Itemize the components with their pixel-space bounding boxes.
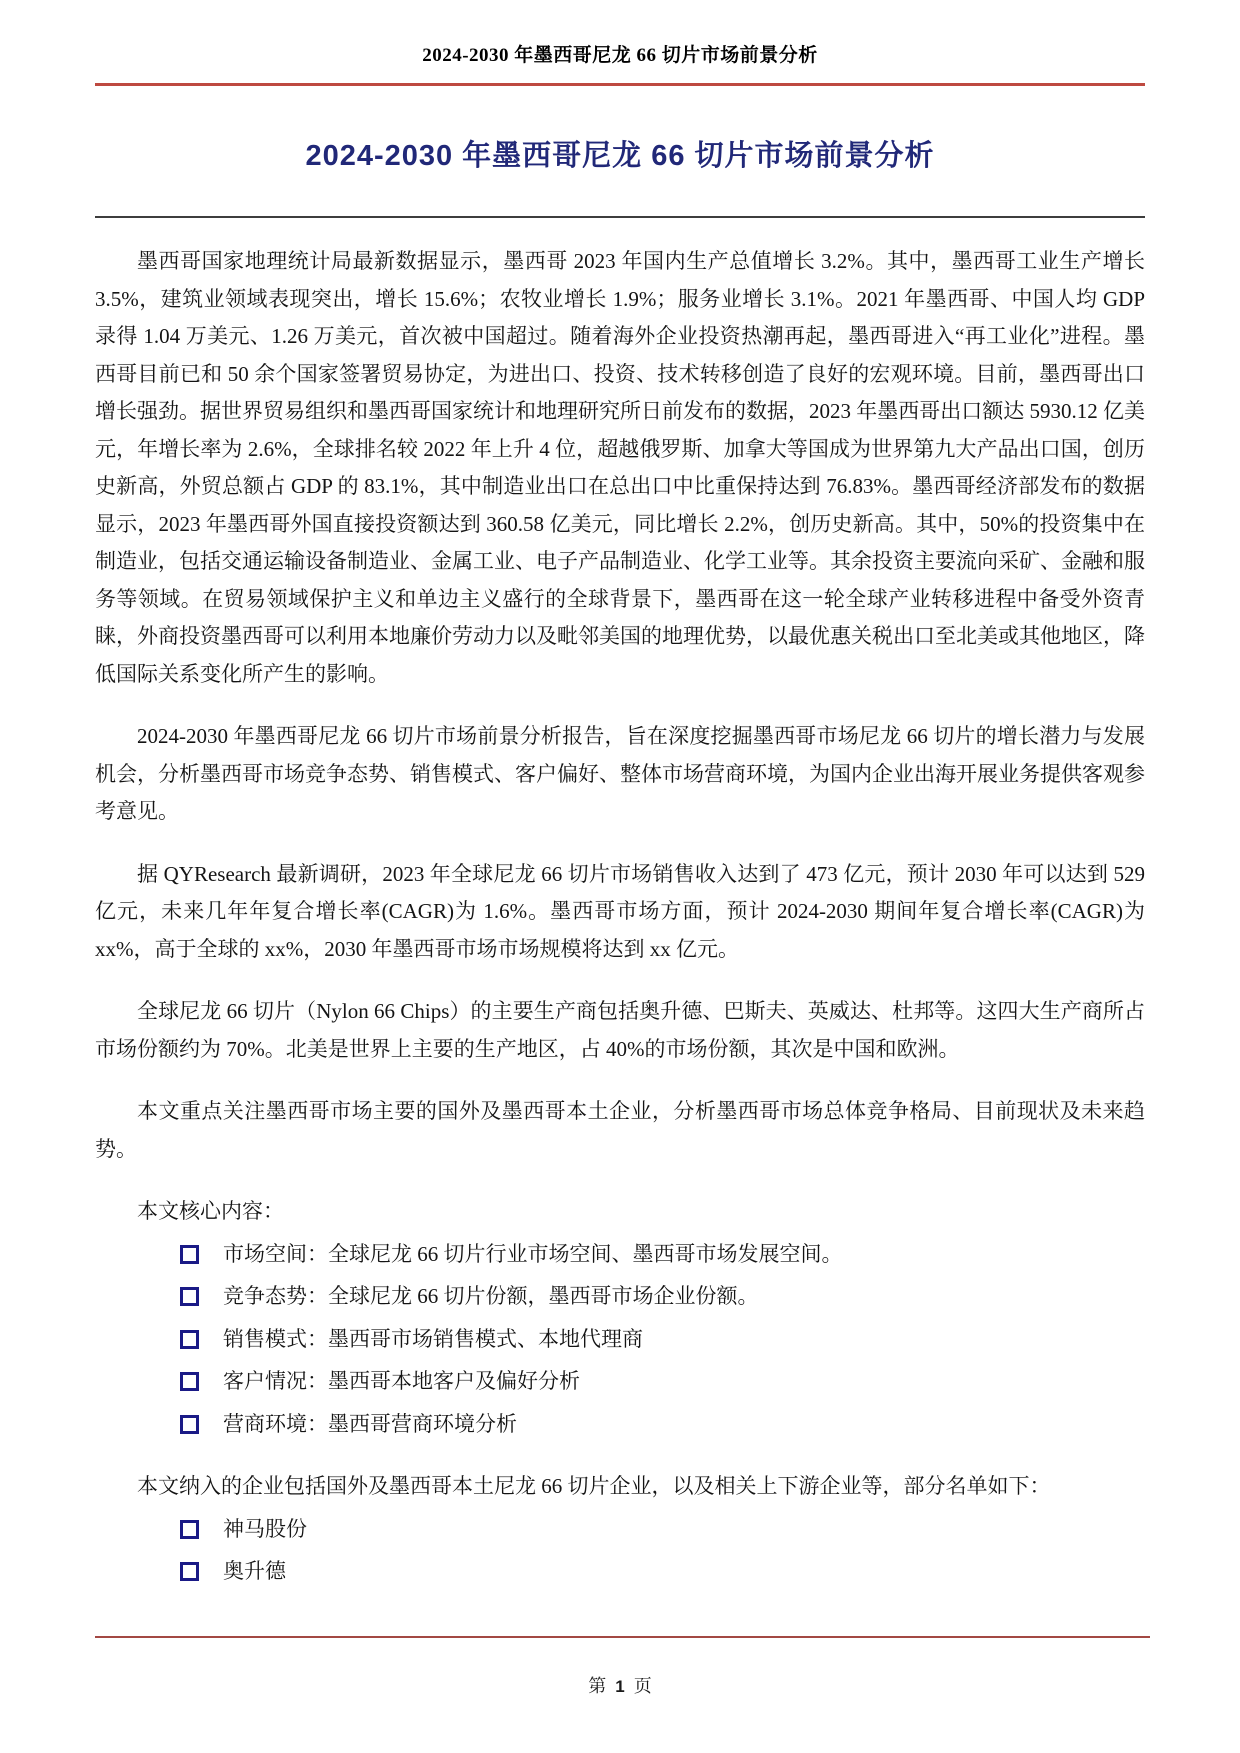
list-item: 营商环境：墨西哥营商环境分析 [95,1406,1145,1444]
company-list: 神马股份 奥升德 [95,1511,1145,1591]
list-item: 客户情况：墨西哥本地客户及偏好分析 [95,1363,1145,1401]
core-content-list: 市场空间：全球尼龙 66 切片行业市场空间、墨西哥市场发展空间。 竞争态势：全球… [95,1236,1145,1444]
list-item: 销售模式：墨西哥市场销售模式、本地代理商 [95,1321,1145,1359]
page-title: 2024-2030 年墨西哥尼龙 66 切片市场前景分析 [95,136,1145,176]
page-number-prefix: 第 [588,1676,606,1696]
body-paragraph: 全球尼龙 66 切片（Nylon 66 Chips）的主要生产商包括奥升德、巴斯… [95,993,1145,1068]
header-divider [95,83,1145,86]
square-bullet-icon [180,1330,199,1349]
document-page: 2024-2030 年墨西哥尼龙 66 切片市场前景分析 2024-2030 年… [0,0,1240,1753]
page-footer: 第1页 [0,1672,1240,1698]
list-item-text: 销售模式：墨西哥市场销售模式、本地代理商 [223,1321,1145,1359]
list-item: 神马股份 [95,1511,1145,1549]
square-bullet-icon [180,1372,199,1391]
list-item: 竞争态势：全球尼龙 66 切片份额，墨西哥市场企业份额。 [95,1278,1145,1316]
page-number: 1 [615,1677,624,1696]
list-item-text: 市场空间：全球尼龙 66 切片行业市场空间、墨西哥市场发展空间。 [223,1236,1145,1274]
body-paragraph: 2024-2030 年墨西哥尼龙 66 切片市场前景分析报告，旨在深度挖掘墨西哥… [95,718,1145,831]
body-paragraph: 据 QYResearch 最新调研，2023 年全球尼龙 66 切片市场销售收入… [95,856,1145,969]
list-item-text: 营商环境：墨西哥营商环境分析 [223,1406,1145,1444]
square-bullet-icon [180,1287,199,1306]
list-item-text: 竞争态势：全球尼龙 66 切片份额，墨西哥市场企业份额。 [223,1278,1145,1316]
running-header-title: 2024-2030 年墨西哥尼龙 66 切片市场前景分析 [95,0,1145,67]
square-bullet-icon [180,1520,199,1539]
list-item-text: 客户情况：墨西哥本地客户及偏好分析 [223,1363,1145,1401]
list-item: 市场空间：全球尼龙 66 切片行业市场空间、墨西哥市场发展空间。 [95,1236,1145,1274]
square-bullet-icon [180,1245,199,1264]
list-item: 奥升德 [95,1553,1145,1591]
list-item-text: 神马股份 [223,1511,1145,1549]
list-item-text: 奥升德 [223,1553,1145,1591]
body-paragraph: 本文重点关注墨西哥市场主要的国外及墨西哥本土企业，分析墨西哥市场总体竞争格局、目… [95,1093,1145,1168]
title-divider [95,216,1145,218]
body-paragraph: 墨西哥国家地理统计局最新数据显示，墨西哥 2023 年国内生产总值增长 3.2%… [95,243,1145,693]
companies-intro: 本文纳入的企业包括国外及墨西哥本土尼龙 66 切片企业，以及相关上下游企业等，部… [95,1468,1145,1506]
core-content-heading: 本文核心内容： [95,1193,1145,1231]
footer-divider [95,1636,1150,1638]
square-bullet-icon [180,1415,199,1434]
paragraph-list: 墨西哥国家地理统计局最新数据显示，墨西哥 2023 年国内生产总值增长 3.2%… [95,243,1145,1168]
square-bullet-icon [180,1562,199,1581]
page-number-suffix: 页 [634,1676,652,1696]
document-body: 墨西哥国家地理统计局最新数据显示，墨西哥 2023 年国内生产总值增长 3.2%… [95,243,1145,1591]
